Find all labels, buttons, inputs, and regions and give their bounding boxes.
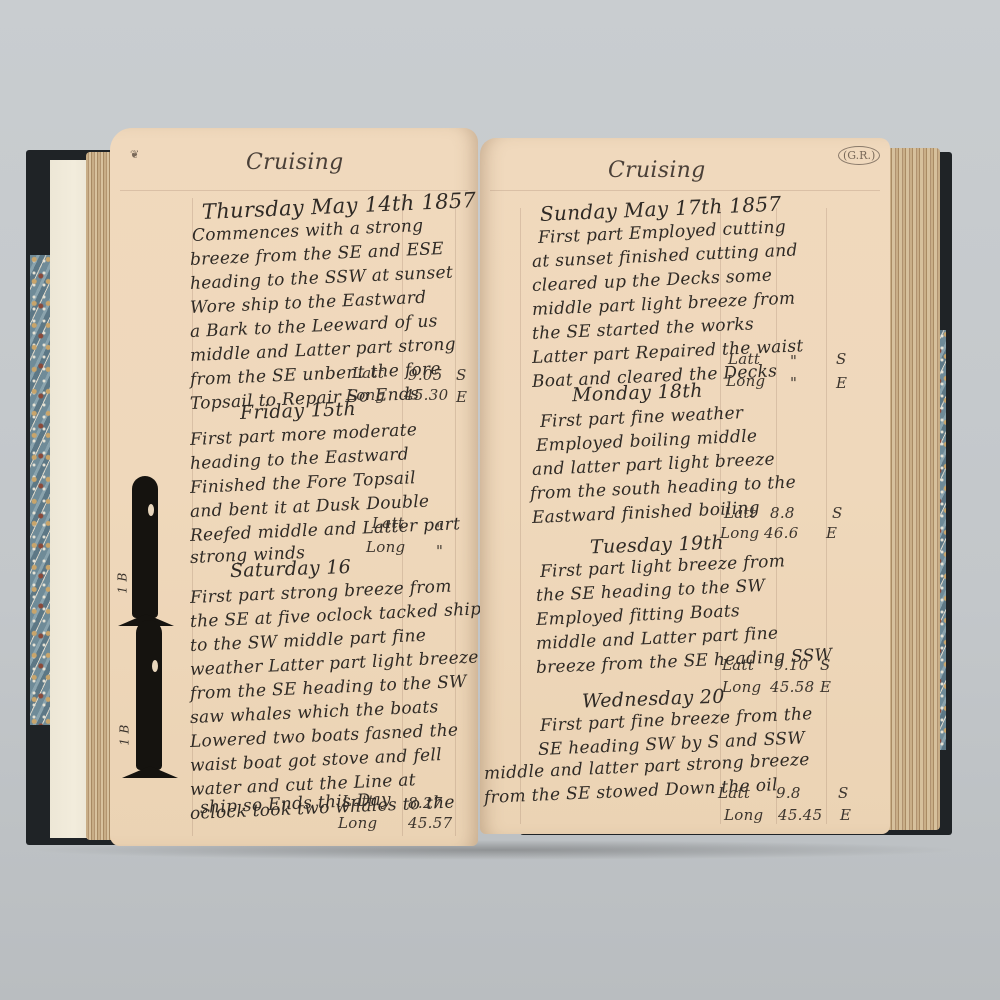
- corner-sketch-mark: ❦: [130, 148, 139, 161]
- whale-stamp-icon: [132, 476, 158, 618]
- longitude-value: 45.30: [404, 386, 448, 404]
- latitude-dir: S: [832, 504, 843, 522]
- page-rule: [520, 208, 521, 824]
- whale-stamp-icon: [136, 620, 162, 770]
- longitude-dir: E: [836, 374, 847, 392]
- day-heading: Friday 15th: [240, 398, 357, 424]
- longitude-dir: E: [456, 388, 467, 406]
- page-heading: Cruising: [246, 150, 344, 175]
- latitude-value: ": [790, 352, 797, 370]
- longitude-label: Long: [724, 806, 763, 824]
- latitude-value: ": [436, 520, 443, 538]
- latitude-value: 8.27: [408, 794, 443, 812]
- latitude-label: Latt: [372, 514, 404, 532]
- longitude-label: Long: [720, 524, 759, 542]
- margin-note: 1 B: [116, 572, 130, 593]
- latitude-dir: S: [838, 784, 849, 802]
- corner-monogram-mark: (G.R.): [838, 146, 880, 165]
- longitude-label: Long: [726, 372, 765, 390]
- longitude-dir: E: [820, 678, 831, 696]
- latitude-label: Latt: [724, 504, 756, 522]
- latitude-label: Latt: [728, 350, 760, 368]
- latitude-value: 9.8: [776, 784, 801, 802]
- longitude-value: 45.57: [408, 814, 452, 832]
- day-heading: Saturday 16: [230, 556, 352, 582]
- margin-note: 1 B: [118, 724, 132, 745]
- left-page: ❦ Cruising Thursday May 14th 1857 Commen…: [110, 128, 478, 846]
- latitude-label: Latt: [718, 784, 750, 802]
- longitude-label: Long: [722, 678, 761, 696]
- day-heading: Monday 18th: [572, 380, 703, 407]
- latitude-dir: S: [820, 656, 831, 674]
- longitude-label: Long: [366, 538, 405, 556]
- longitude-value: 45.58: [770, 678, 814, 696]
- page-rule: [826, 208, 827, 824]
- longitude-value: 45.45: [778, 806, 822, 824]
- longitude-value: 46.6: [764, 524, 799, 542]
- whale-eye: [148, 504, 154, 516]
- right-page: (G.R.) Cruising Sunday May 17th 1857 Fir…: [480, 138, 890, 834]
- whale-eye: [152, 660, 158, 672]
- longitude-dir: E: [826, 524, 837, 542]
- longitude-dir: E: [840, 806, 851, 824]
- latitude-value: 9.10: [774, 656, 809, 674]
- longitude-value: ": [436, 542, 443, 560]
- latitude-label: Latt: [352, 364, 384, 382]
- latitude-dir: S: [456, 366, 467, 384]
- latitude-dir: S: [836, 350, 847, 368]
- latitude-label: Latt: [342, 792, 374, 810]
- page-rule: [490, 190, 880, 191]
- longitude-label: Long: [338, 814, 377, 832]
- page-heading: Cruising: [608, 158, 706, 183]
- latitude-label: Latt: [722, 656, 754, 674]
- whale-tail: [122, 766, 178, 778]
- marbled-cover-left: [30, 255, 52, 725]
- latitude-value: 9.05: [408, 366, 443, 384]
- latitude-value: 8.8: [770, 504, 795, 522]
- longitude-value: ": [790, 374, 797, 392]
